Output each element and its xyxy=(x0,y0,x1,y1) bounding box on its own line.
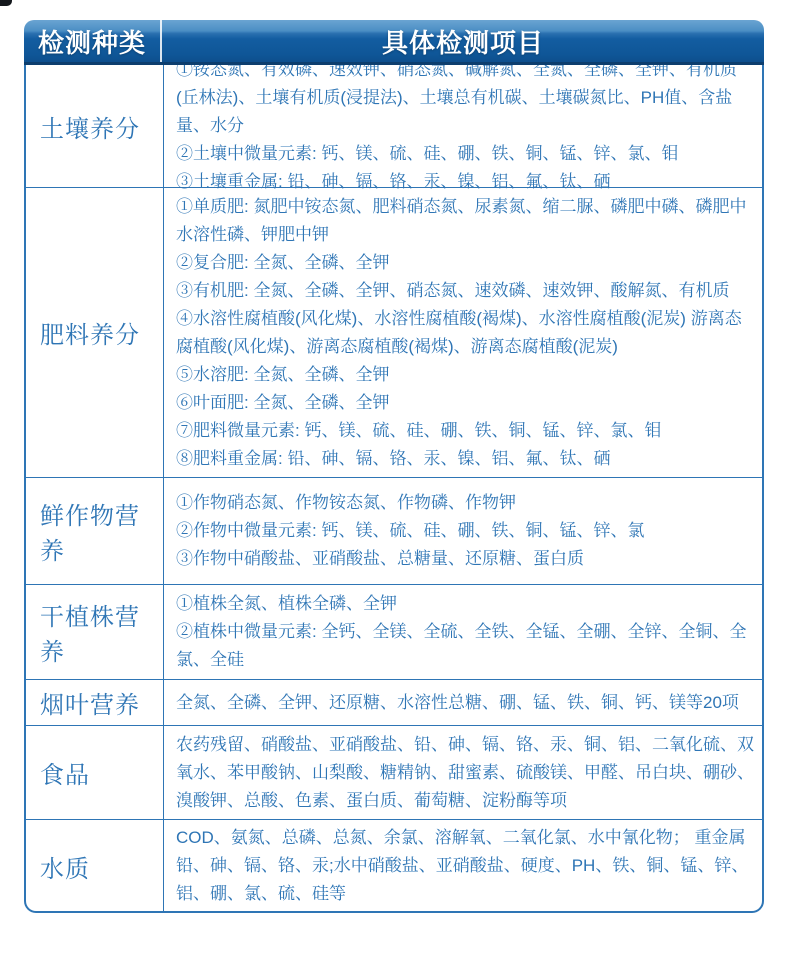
item-text: ③作物中硝酸盐、亚硝酸盐、总糖量、还原糖、蛋白质 xyxy=(176,545,758,573)
items-cell: 农药残留、硝酸盐、亚硝酸盐、铅、砷、镉、铬、汞、铜、铝、二氧化硫、双氧水、苯甲酸… xyxy=(164,726,762,819)
item-text: ④水溶性腐植酸(风化煤)、水溶性腐植酸(褐煤)、水溶性腐植酸(泥炭) 游离态腐植… xyxy=(176,305,758,361)
item-text: ⑥叶面肥: 全氮、全磷、全钾 xyxy=(176,389,758,417)
category-cell: 肥料养分 xyxy=(26,188,164,477)
item-text: ①铵态氮、有效磷、速效钾、硝态氮、碱解氮、全氮、全磷、全钾、有机质(丘林法)、土… xyxy=(176,65,758,140)
screenshot-edge-artifact xyxy=(0,0,12,6)
table-row: 水质 COD、氨氮、总磷、总氮、余氯、溶解氧、二氧化氯、水中氰化物； 重金属铅、… xyxy=(26,820,762,912)
items-cell: ①铵态氮、有效磷、速效钾、硝态氮、碱解氮、全氮、全磷、全钾、有机质(丘林法)、土… xyxy=(164,65,762,187)
category-cell: 土壤养分 xyxy=(26,65,164,187)
item-text: ②复合肥: 全氮、全磷、全钾 xyxy=(176,249,758,277)
items-cell: COD、氨氮、总磷、总氮、余氯、溶解氧、二氧化氯、水中氰化物； 重金属铅、砷、镉… xyxy=(164,820,762,912)
item-text: 农药残留、硝酸盐、亚硝酸盐、铅、砷、镉、铬、汞、铜、铝、二氧化硫、双氧水、苯甲酸… xyxy=(176,731,758,815)
detection-items-table: 检测种类 具体检测项目 土壤养分 ①铵态氮、有效磷、速效钾、硝态氮、碱解氮、全氮… xyxy=(24,20,764,913)
item-text: COD、氨氮、总磷、总氮、余氯、溶解氧、二氧化氯、水中氰化物； 重金属铅、砷、镉… xyxy=(176,824,758,908)
items-cell: ①作物硝态氮、作物铵态氮、作物磷、作物钾②作物中微量元素: 钙、镁、硫、硅、硼、… xyxy=(164,478,762,584)
items-cell: ①植株全氮、植株全磷、全钾②植株中微量元素: 全钙、全镁、全硫、全铁、全锰、全硼… xyxy=(164,585,762,679)
table-row: 土壤养分 ①铵态氮、有效磷、速效钾、硝态氮、碱解氮、全氮、全磷、全钾、有机质(丘… xyxy=(26,65,762,188)
item-text: ①植株全氮、植株全磷、全钾 xyxy=(176,590,758,618)
category-cell: 鲜作物营养 xyxy=(26,478,164,584)
table-header-row: 检测种类 具体检测项目 xyxy=(24,20,764,65)
table-row: 干植株营养 ①植株全氮、植株全磷、全钾②植株中微量元素: 全钙、全镁、全硫、全铁… xyxy=(26,585,762,680)
table-row: 食品 农药残留、硝酸盐、亚硝酸盐、铅、砷、镉、铬、汞、铜、铝、二氧化硫、双氧水、… xyxy=(26,726,762,820)
table-body: 土壤养分 ①铵态氮、有效磷、速效钾、硝态氮、碱解氮、全氮、全磷、全钾、有机质(丘… xyxy=(24,65,764,913)
item-text: ②植株中微量元素: 全钙、全镁、全硫、全铁、全锰、全硼、全锌、全铜、全氯、全硅 xyxy=(176,618,758,674)
item-text: 全氮、全磷、全钾、还原糖、水溶性总糖、硼、锰、铁、铜、钙、镁等20项 xyxy=(176,689,758,717)
header-cell-items: 具体检测项目 xyxy=(162,20,764,62)
category-cell: 干植株营养 xyxy=(26,585,164,679)
table-row: 肥料养分 ①单质肥: 氮肥中铵态氮、肥料硝态氮、尿素氮、缩二脲、磷肥中磷、磷肥中… xyxy=(26,188,762,478)
items-cell: ①单质肥: 氮肥中铵态氮、肥料硝态氮、尿素氮、缩二脲、磷肥中磷、磷肥中水溶性磷、… xyxy=(164,188,762,477)
category-cell: 烟叶营养 xyxy=(26,680,164,725)
category-cell: 水质 xyxy=(26,820,164,912)
item-text: ⑤水溶肥: 全氮、全磷、全钾 xyxy=(176,361,758,389)
item-text: ⑧肥料重金属: 铅、砷、镉、铬、汞、镍、铝、氟、钛、硒 xyxy=(176,445,758,473)
table-row: 烟叶营养 全氮、全磷、全钾、还原糖、水溶性总糖、硼、锰、铁、铜、钙、镁等20项 xyxy=(26,680,762,726)
table-row: 鲜作物营养 ①作物硝态氮、作物铵态氮、作物磷、作物钾②作物中微量元素: 钙、镁、… xyxy=(26,478,762,585)
item-text: ①作物硝态氮、作物铵态氮、作物磷、作物钾 xyxy=(176,489,758,517)
category-cell: 食品 xyxy=(26,726,164,819)
header-cell-category: 检测种类 xyxy=(24,20,162,62)
item-text: ⑦肥料微量元素: 钙、镁、硫、硅、硼、铁、铜、锰、锌、氯、钼 xyxy=(176,417,758,445)
items-cell: 全氮、全磷、全钾、还原糖、水溶性总糖、硼、锰、铁、铜、钙、镁等20项 xyxy=(164,680,762,725)
item-text: ②土壤中微量元素: 钙、镁、硫、硅、硼、铁、铜、锰、锌、氯、钼 xyxy=(176,140,758,168)
item-text: ①单质肥: 氮肥中铵态氮、肥料硝态氮、尿素氮、缩二脲、磷肥中磷、磷肥中水溶性磷、… xyxy=(176,193,758,249)
item-text: ③有机肥: 全氮、全磷、全钾、硝态氮、速效磷、速效钾、酸解氮、有机质 xyxy=(176,277,758,305)
item-text: ②作物中微量元素: 钙、镁、硫、硅、硼、铁、铜、锰、锌、氯 xyxy=(176,517,758,545)
